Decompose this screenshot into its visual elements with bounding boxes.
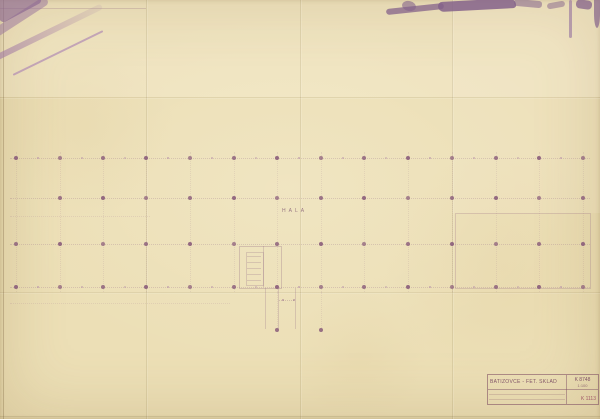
column-dot [14, 156, 18, 160]
minor-column-dot [282, 299, 284, 301]
minor-column-dot [167, 157, 169, 159]
minor-column-dot [298, 157, 300, 159]
minor-column-dot [211, 157, 213, 159]
column-dot [494, 196, 498, 200]
stair-tread [247, 262, 261, 263]
column-dot [101, 196, 105, 200]
grid-aux-line [10, 216, 150, 217]
column-dot [537, 156, 541, 160]
column-dot [319, 196, 323, 200]
minor-column-dot [429, 157, 431, 159]
minor-column-dot [560, 157, 562, 159]
column-dot [144, 196, 148, 200]
column-dot [232, 285, 236, 289]
minor-column-dot [473, 157, 475, 159]
drawing-title: BATIZOVCE - FET. SKLAD [490, 379, 565, 385]
grid-column-line [321, 292, 322, 332]
stairwell-divider [263, 246, 264, 287]
column-dot [275, 196, 279, 200]
column-dot [58, 242, 62, 246]
grid-row-line [10, 198, 590, 199]
minor-column-dot [81, 157, 83, 159]
column-dot [362, 285, 366, 289]
column-dot [144, 156, 148, 160]
column-dot [450, 156, 454, 160]
column-dot [101, 285, 105, 289]
column-dot [188, 196, 192, 200]
column-dot [232, 156, 236, 160]
title-block-rule [489, 394, 565, 395]
shaft-line [295, 288, 296, 329]
minor-column-dot [385, 286, 387, 288]
shaft-line [265, 288, 266, 329]
column-dot [406, 156, 410, 160]
column-dot [188, 285, 192, 289]
column-dot [450, 242, 454, 246]
column-dot [58, 196, 62, 200]
column-dot [232, 242, 236, 246]
hall-label: HALA [282, 208, 307, 214]
stair-tread [247, 268, 261, 269]
grid-column-line [364, 152, 365, 292]
column-dot [188, 242, 192, 246]
column-dot [14, 242, 18, 246]
minor-column-dot [298, 286, 300, 288]
minor-column-dot [293, 299, 295, 301]
grid-aux-line [10, 303, 230, 304]
minor-column-dot [167, 286, 169, 288]
stair-tread [247, 274, 261, 275]
column-dot [101, 242, 105, 246]
grid-column-line [103, 152, 104, 292]
column-dot [14, 285, 18, 289]
minor-column-dot [385, 157, 387, 159]
minor-column-dot [124, 286, 126, 288]
grid-column-line [408, 152, 409, 292]
blueprint-scan: HALA BATIZOVCE - FET. SKLAD K 8748 1:100… [0, 0, 600, 419]
minor-column-dot [81, 286, 83, 288]
column-dot [58, 156, 62, 160]
column-dot [275, 156, 279, 160]
grid-column-line [321, 152, 322, 292]
grid-column-line [234, 152, 235, 292]
minor-column-dot [37, 286, 39, 288]
column-dot [319, 156, 323, 160]
column-dot [494, 156, 498, 160]
column-dot [581, 156, 585, 160]
grid-row-line [10, 158, 590, 159]
minor-column-dot [429, 286, 431, 288]
stair-tread [247, 280, 261, 281]
minor-column-dot [211, 286, 213, 288]
minor-column-dot [517, 157, 519, 159]
grid-column-line [190, 152, 191, 292]
title-block-rule [489, 399, 565, 400]
column-dot [362, 156, 366, 160]
column-dot [450, 196, 454, 200]
index-number: K 1113 [568, 396, 596, 402]
column-dot [537, 196, 541, 200]
grid-column-line [60, 152, 61, 292]
minor-column-dot [37, 157, 39, 159]
column-dot [188, 156, 192, 160]
stair-tread [247, 256, 261, 257]
minor-column-dot [255, 157, 257, 159]
column-dot [319, 242, 323, 246]
column-dot [450, 285, 454, 289]
column-dot [232, 196, 236, 200]
grid-column-line [452, 152, 453, 292]
minor-column-dot [342, 286, 344, 288]
column-dot [362, 242, 366, 246]
column-dot [319, 285, 323, 289]
drawing-scale: 1:100 [568, 383, 597, 388]
grid-column-line [16, 152, 17, 292]
title-block-divider [488, 389, 598, 390]
title-block: BATIZOVCE - FET. SKLAD K 8748 1:100 K 11… [487, 374, 599, 405]
minor-column-dot [124, 157, 126, 159]
grid-column-line [146, 152, 147, 292]
column-dot [406, 196, 410, 200]
column-dot [362, 196, 366, 200]
minor-column-dot [342, 157, 344, 159]
column-dot [406, 242, 410, 246]
column-dot [101, 156, 105, 160]
column-dot [319, 328, 323, 332]
column-dot [406, 285, 410, 289]
shaft-line [278, 288, 279, 329]
column-dot [144, 285, 148, 289]
column-dot [144, 242, 148, 246]
column-dot [58, 285, 62, 289]
annex-outline [455, 213, 591, 289]
column-dot [581, 196, 585, 200]
